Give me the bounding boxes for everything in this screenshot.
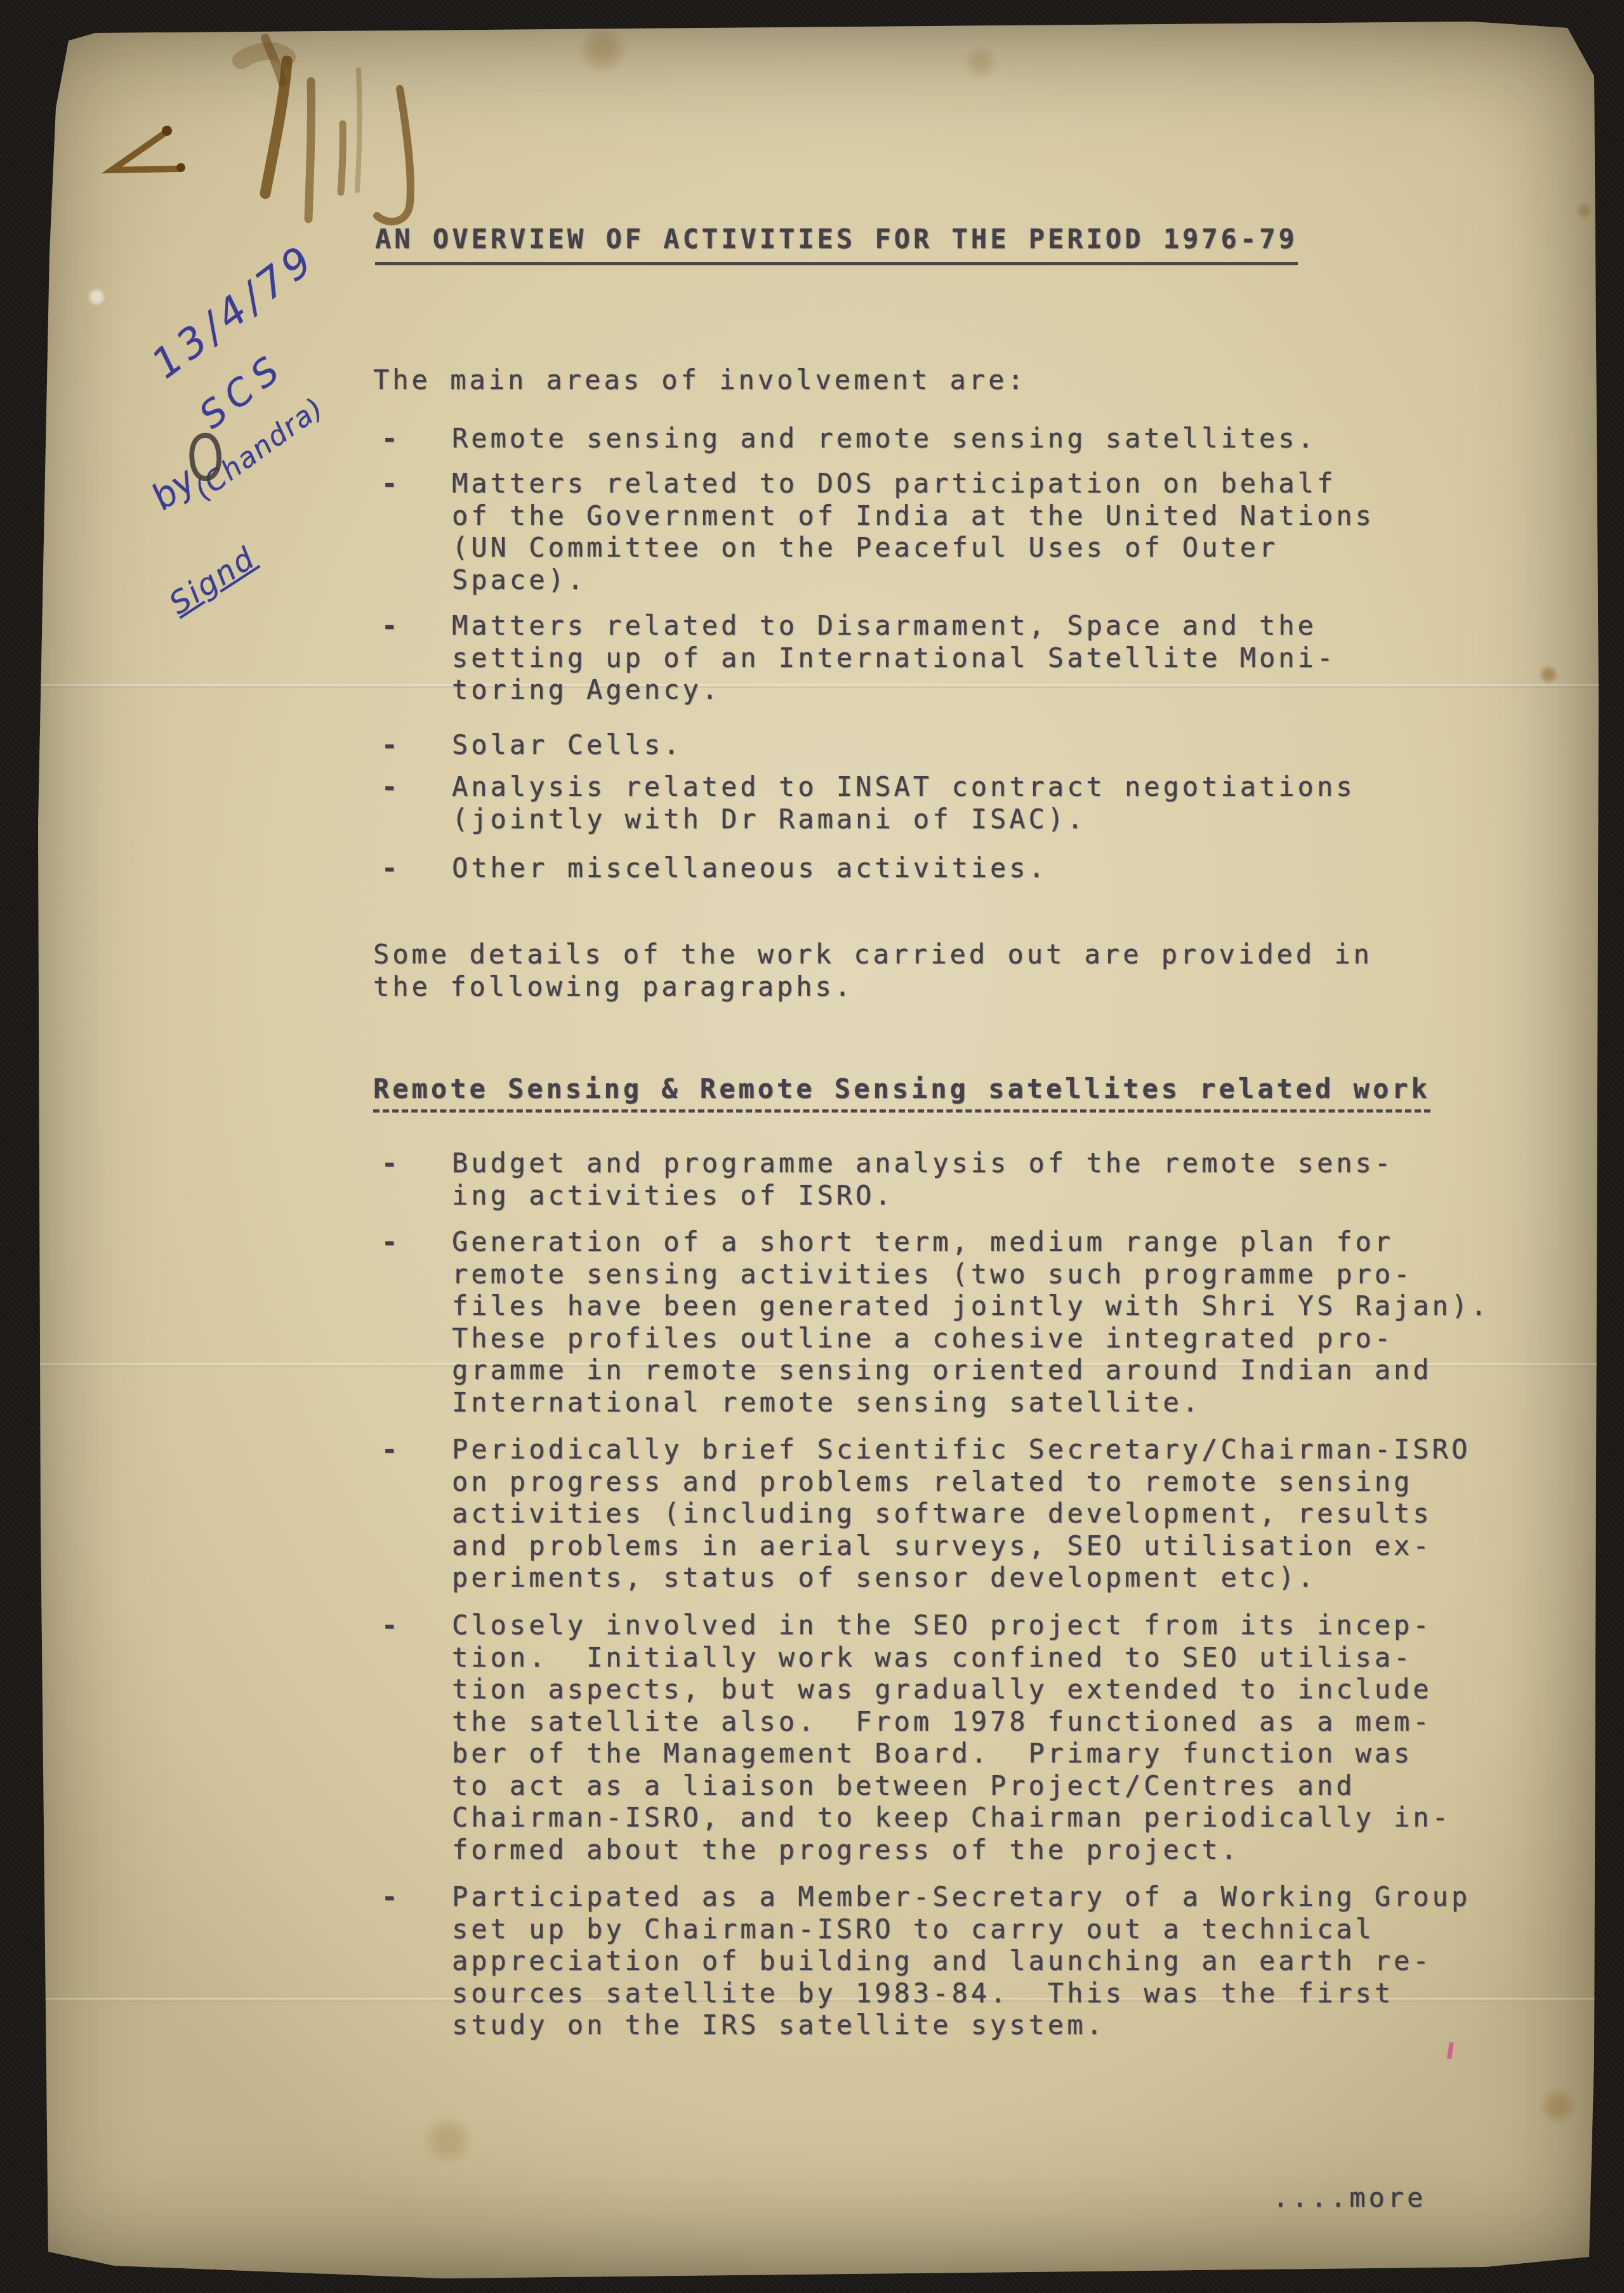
ink-smudge-stroke — [265, 61, 287, 194]
pencil-o-mark: O — [184, 418, 227, 498]
bullet-dash: - — [381, 1434, 397, 1466]
ink-smear — [241, 51, 287, 60]
bullet-text: Analysis related to INSAT contract negot… — [452, 771, 1569, 835]
bullet-dash: - — [381, 610, 397, 642]
section-heading: Remote Sensing & Remote Sensing satellit… — [373, 1073, 1430, 1113]
bullet-text: Solar Cells. — [452, 729, 1569, 762]
bullet-dash: - — [381, 468, 397, 500]
bullet-dash: - — [381, 1609, 397, 1642]
bullet-dash: - — [381, 852, 397, 885]
ink-smudge-stroke — [265, 38, 282, 83]
transition-paragraph: Some details of the work carried out are… — [373, 939, 1373, 1003]
ink-dot — [162, 126, 172, 136]
bullet-text: Other miscellaneous activities. — [452, 852, 1569, 885]
bullet-text: Periodically brief Scientific Secretary/… — [452, 1434, 1569, 1594]
bullet-dash: - — [381, 771, 397, 803]
bullet-text: Budget and programme analysis of the rem… — [452, 1147, 1569, 1212]
handwritten-date: 13/4/79 — [143, 235, 325, 388]
document-page: AN OVERVIEW OF ACTIVITIES FOR THE PERIOD… — [0, 0, 1624, 2293]
bullet-dash: - — [381, 1881, 397, 1913]
document-title: AN OVERVIEW OF ACTIVITIES FOR THE PERIOD… — [375, 223, 1298, 265]
ink-smudge-stroke — [341, 124, 343, 192]
ink-smudge-stroke — [357, 70, 359, 190]
ink-dot — [176, 163, 185, 172]
bullet-dash: - — [381, 1147, 397, 1180]
bullet-text: Matters related to Disarmament, Space an… — [452, 610, 1569, 706]
bullet-dash: - — [381, 729, 397, 762]
bullet-text: Matters related to DOS participation on … — [452, 468, 1569, 596]
bullet-dash: - — [381, 1226, 397, 1259]
pink-ink-mark — [1447, 2042, 1454, 2059]
bullet-text: Participated as a Member-Secretary of a … — [452, 1881, 1569, 2042]
bullet-dash: - — [381, 423, 397, 455]
ink-smudge-stroke — [308, 81, 312, 219]
bullet-text: Remote sensing and remote sensing satell… — [452, 423, 1569, 455]
ink-smudge-hook — [377, 89, 411, 221]
handwritten-signed: Signd — [163, 540, 262, 622]
intro-line: The main areas of involvement are: — [373, 364, 1027, 397]
scan-background: AN OVERVIEW OF ACTIVITIES FOR THE PERIOD… — [0, 0, 1624, 2293]
bullet-text: Closely involved in the SEO project from… — [452, 1609, 1569, 1866]
check-mark-stain — [112, 132, 180, 170]
continuation-indicator: ....more — [1272, 2182, 1426, 2214]
bullet-text: Generation of a short term, medium range… — [452, 1226, 1569, 1418]
